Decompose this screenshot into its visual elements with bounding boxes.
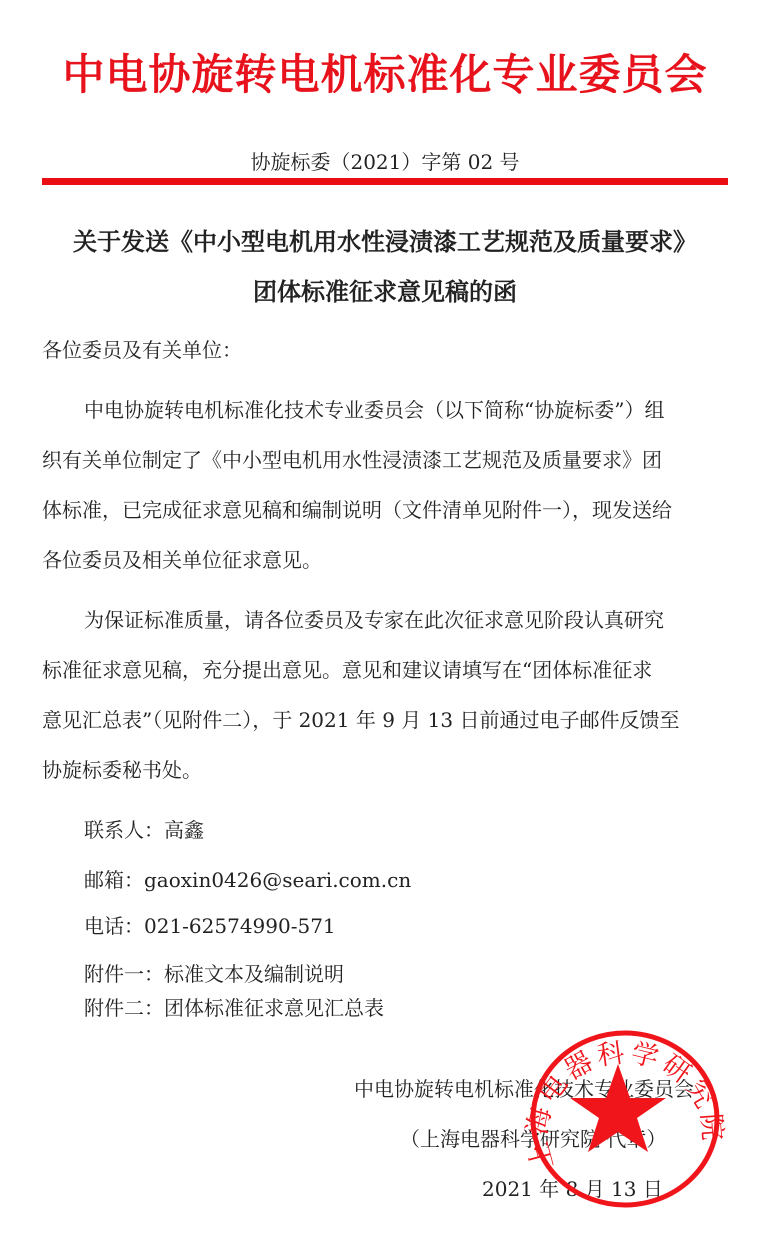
letterhead-title: 中电协旋转电机标准化专业委员会 bbox=[0, 42, 770, 102]
paragraph-line: 标准征求意见稿，充分提出意见。意见和建议请填写在“团体标准征求 bbox=[42, 658, 732, 682]
paragraph-line: 中电协旋转电机标准化技术专业委员会（以下简称“协旋标委”）组 bbox=[84, 398, 770, 422]
contact-person: 联系人：高鑫 bbox=[84, 818, 770, 842]
paragraph-line: 协旋标委秘书处。 bbox=[42, 758, 732, 782]
letterhead-divider bbox=[42, 178, 728, 185]
salutation: 各位委员及有关单位： bbox=[42, 338, 732, 362]
contact-email[interactable]: 邮箱：gaoxin0426@seari.com.cn bbox=[84, 868, 770, 892]
paragraph-line: 体标准，已完成征求意见稿和编制说明（文件清单见附件一），现发送给 bbox=[42, 498, 732, 522]
paragraph-line: 为保证标准质量，请各位委员及专家在此次征求意见阶段认真研究 bbox=[84, 608, 770, 632]
attachment-1: 附件一：标准文本及编制说明 bbox=[84, 962, 770, 986]
official-seal: 上海电器科学研究院 bbox=[520, 1024, 734, 1214]
subject-line-2: 团体标准征求意见稿的函 bbox=[0, 272, 770, 307]
paragraph-line: 各位委员及相关单位征求意见。 bbox=[42, 548, 732, 572]
attachment-2: 附件二：团体标准征求意见汇总表 bbox=[84, 996, 770, 1020]
paragraph-line: 织有关单位制定了《中小型电机用水性浸渍漆工艺规范及质量要求》团 bbox=[42, 448, 732, 472]
subject-line-1: 关于发送《中小型电机用水性浸渍漆工艺规范及质量要求》 bbox=[0, 222, 770, 257]
paragraph-line: 意见汇总表”（见附件二），于 2021 年 9 月 13 日前通过电子邮件反馈至 bbox=[42, 708, 732, 732]
document-number: 协旋标委（2021）字第 02 号 bbox=[0, 146, 770, 175]
contact-phone: 电话：021-62574990-571 bbox=[84, 914, 770, 938]
